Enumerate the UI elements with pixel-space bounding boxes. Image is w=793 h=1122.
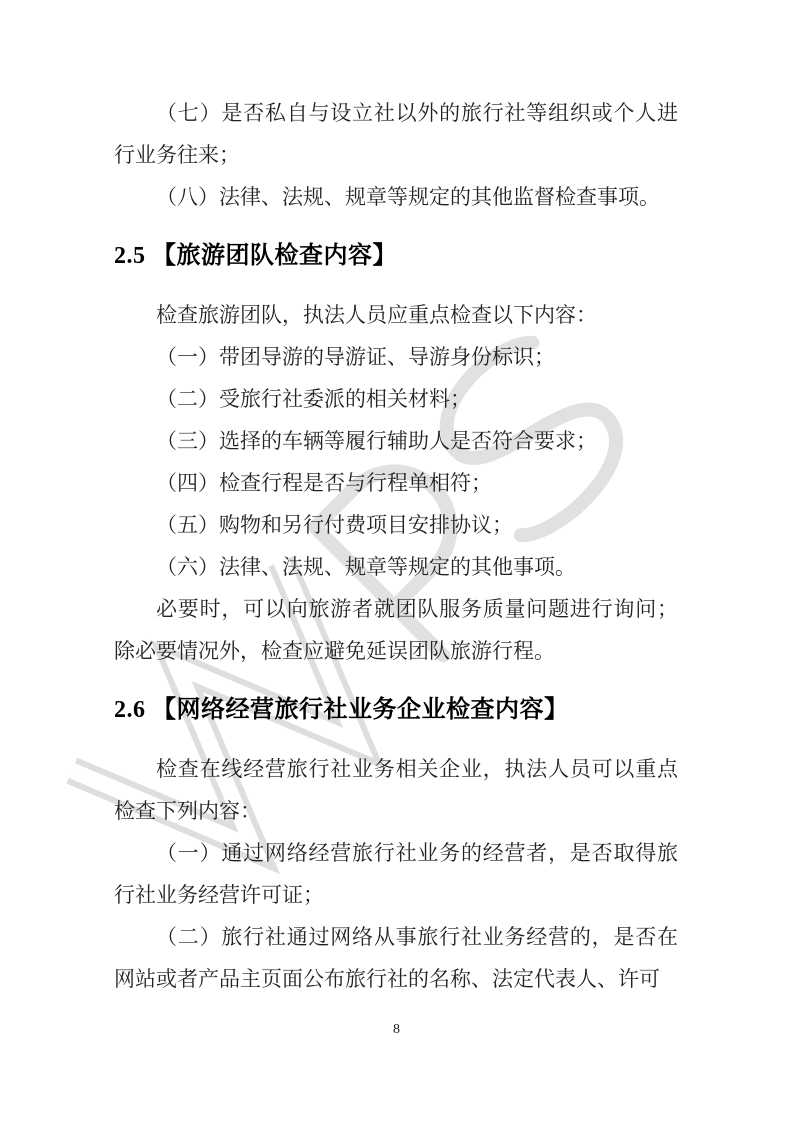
body-paragraph-item-1: （一）带团导游的导游证、导游身份标识； [114,336,678,378]
body-paragraph-intro-2-6: 检查在线经营旅行社业务相关企业，执法人员可以重点检查下列内容： [114,748,678,832]
page-content: （七）是否私自与设立社以外的旅行社等组织或个人进行业务往来； （八）法律、法规、… [114,92,678,1000]
body-paragraph-item-5: （五）购物和另行付费项目安排协议； [114,504,678,546]
body-paragraph-item-2: （二）受旅行社委派的相关材料； [114,378,678,420]
body-paragraph-item-3: （三）选择的车辆等履行辅助人是否符合要求； [114,420,678,462]
document-page: （七）是否私自与设立社以外的旅行社等组织或个人进行业务往来； （八）法律、法规、… [0,0,793,1122]
page-number: 8 [0,1022,793,1038]
body-paragraph-note: 必要时，可以向旅游者就团队服务质量问题进行询问；除必要情况外，检查应避免延误团队… [114,588,678,672]
body-paragraph-item-4: （四）检查行程是否与行程单相符； [114,462,678,504]
body-paragraph-intro-2-5: 检查旅游团队，执法人员应重点检查以下内容： [114,294,678,336]
body-paragraph-item-1b: （一）通过网络经营旅行社业务的经营者，是否取得旅行社业务经营许可证； [114,832,678,916]
body-paragraph-item-8: （八）法律、法规、规章等规定的其他监督检查事项。 [114,176,678,218]
section-heading-2-6: 2.6 【网络经营旅行社业务企业检查内容】 [114,692,678,728]
body-paragraph-item-7: （七）是否私自与设立社以外的旅行社等组织或个人进行业务往来； [114,92,678,176]
section-heading-2-5: 2.5 【旅游团队检查内容】 [114,238,678,274]
body-paragraph-item-2b: （二）旅行社通过网络从事旅行社业务经营的，是否在网站或者产品主页面公布旅行社的名… [114,916,678,1000]
body-paragraph-item-6: （六）法律、法规、规章等规定的其他事项。 [114,546,678,588]
